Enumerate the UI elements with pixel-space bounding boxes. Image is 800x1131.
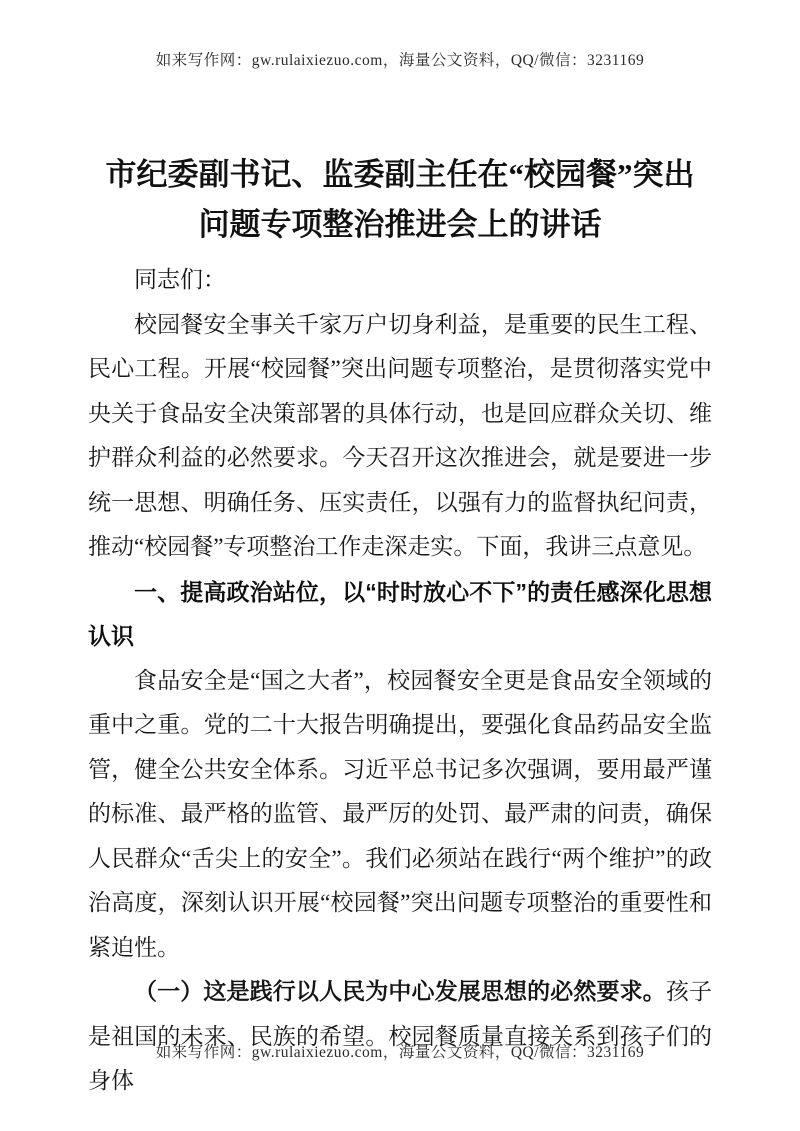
paragraph-food-safety: 食品安全是“国之大者”，校园餐安全更是食品安全领域的重中之重。党的二十大报告明确… xyxy=(88,659,712,971)
footer-site-notice: 如来写作网：gw.rulaixiezuo.com，海量公文资料，QQ/微信：32… xyxy=(0,1040,800,1062)
document-title-line1: 市纪委副书记、监委副主任在“校园餐”突出 xyxy=(106,157,695,192)
subpoint-1-lead: （一）这是践行以人民为中心发展思想的必然要求。 xyxy=(134,979,666,1004)
salutation: 同志们： xyxy=(88,258,712,303)
document-page: 如来写作网：gw.rulaixiezuo.com，海量公文资料，QQ/微信：32… xyxy=(0,0,800,1131)
header-site-notice: 如来写作网：gw.rulaixiezuo.com，海量公文资料，QQ/微信：32… xyxy=(0,48,800,70)
document-body: 同志们： 校园餐安全事关千家万户切身利益，是重要的民生工程、民心工程。开展“校园… xyxy=(88,258,712,1104)
section-heading-1: 一、提高政治站位，以“时时放心不下”的责任感深化思想认识 xyxy=(88,570,712,659)
document-title-line2: 问题专项整治推进会上的讲话 xyxy=(199,207,602,242)
paragraph-intro: 校园餐安全事关千家万户切身利益，是重要的民生工程、民心工程。开展“校园餐”突出问… xyxy=(88,303,712,570)
paragraph-subpoint-1: （一）这是践行以人民为中心发展思想的必然要求。孩子是祖国的未来、民族的希望。校园… xyxy=(88,970,712,1104)
document-title: 市纪委副书记、监委副主任在“校园餐”突出 问题专项整治推进会上的讲话 xyxy=(55,150,745,250)
